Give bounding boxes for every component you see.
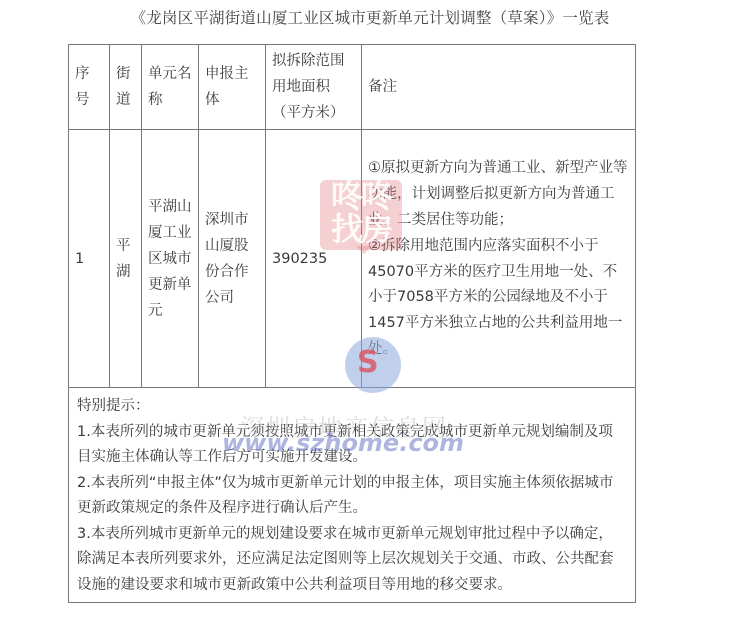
cell-unit-name: 平湖山厦工业区城市更新单元	[142, 130, 199, 388]
header-area: 拟拆除范围用地面积（平方米）	[266, 45, 362, 130]
cell-remark: ①原拟更新方向为普通工业、新型产业等功能，计划调整后拟更新方向为普通工业、二类居…	[362, 130, 636, 388]
cell-street: 平湖	[110, 130, 142, 388]
header-unit-name: 单元名称	[142, 45, 199, 130]
dongdong-watermark-badge: 咚咚找房	[320, 180, 402, 250]
cell-applicant: 深圳市山厦股份合作公司	[199, 130, 266, 388]
cell-area: 390235	[266, 130, 362, 388]
header-remark: 备注	[362, 45, 636, 130]
site-url-watermark: www.szhome.com	[222, 429, 464, 457]
cell-index: 1	[69, 130, 110, 388]
header-applicant: 申报主体	[199, 45, 266, 130]
header-index: 序号	[69, 45, 110, 130]
table-header-row: 序号 街道 单元名称 申报主体 拟拆除范围用地面积（平方米） 备注	[69, 45, 636, 130]
note-item: 2.本表所列“申报主体”仅为城市更新单元计划的申报主体，项目实施主体须依据城市更…	[77, 471, 627, 522]
remark-item-1: ①原拟更新方向为普通工业、新型产业等功能，计划调整后拟更新方向为普通工业、二类居…	[368, 156, 629, 233]
note-item: 3.本表所列城市更新单元的规划建设要求在城市更新单元规划审批过程中予以确定，除满…	[77, 522, 627, 599]
renewal-unit-table: 序号 街道 单元名称 申报主体 拟拆除范围用地面积（平方米） 备注 1 平湖 平…	[68, 44, 636, 603]
header-street: 街道	[110, 45, 142, 130]
document-title: 《龙岗区平湖街道山厦工业区城市更新单元计划调整（草案）》一览表	[0, 6, 740, 28]
szhome-logo-icon: S	[345, 337, 401, 393]
remark-item-2: ②拆除用地范围内应落实面积不小于45070平方米的医疗卫生用地一处、不小于705…	[368, 234, 629, 363]
